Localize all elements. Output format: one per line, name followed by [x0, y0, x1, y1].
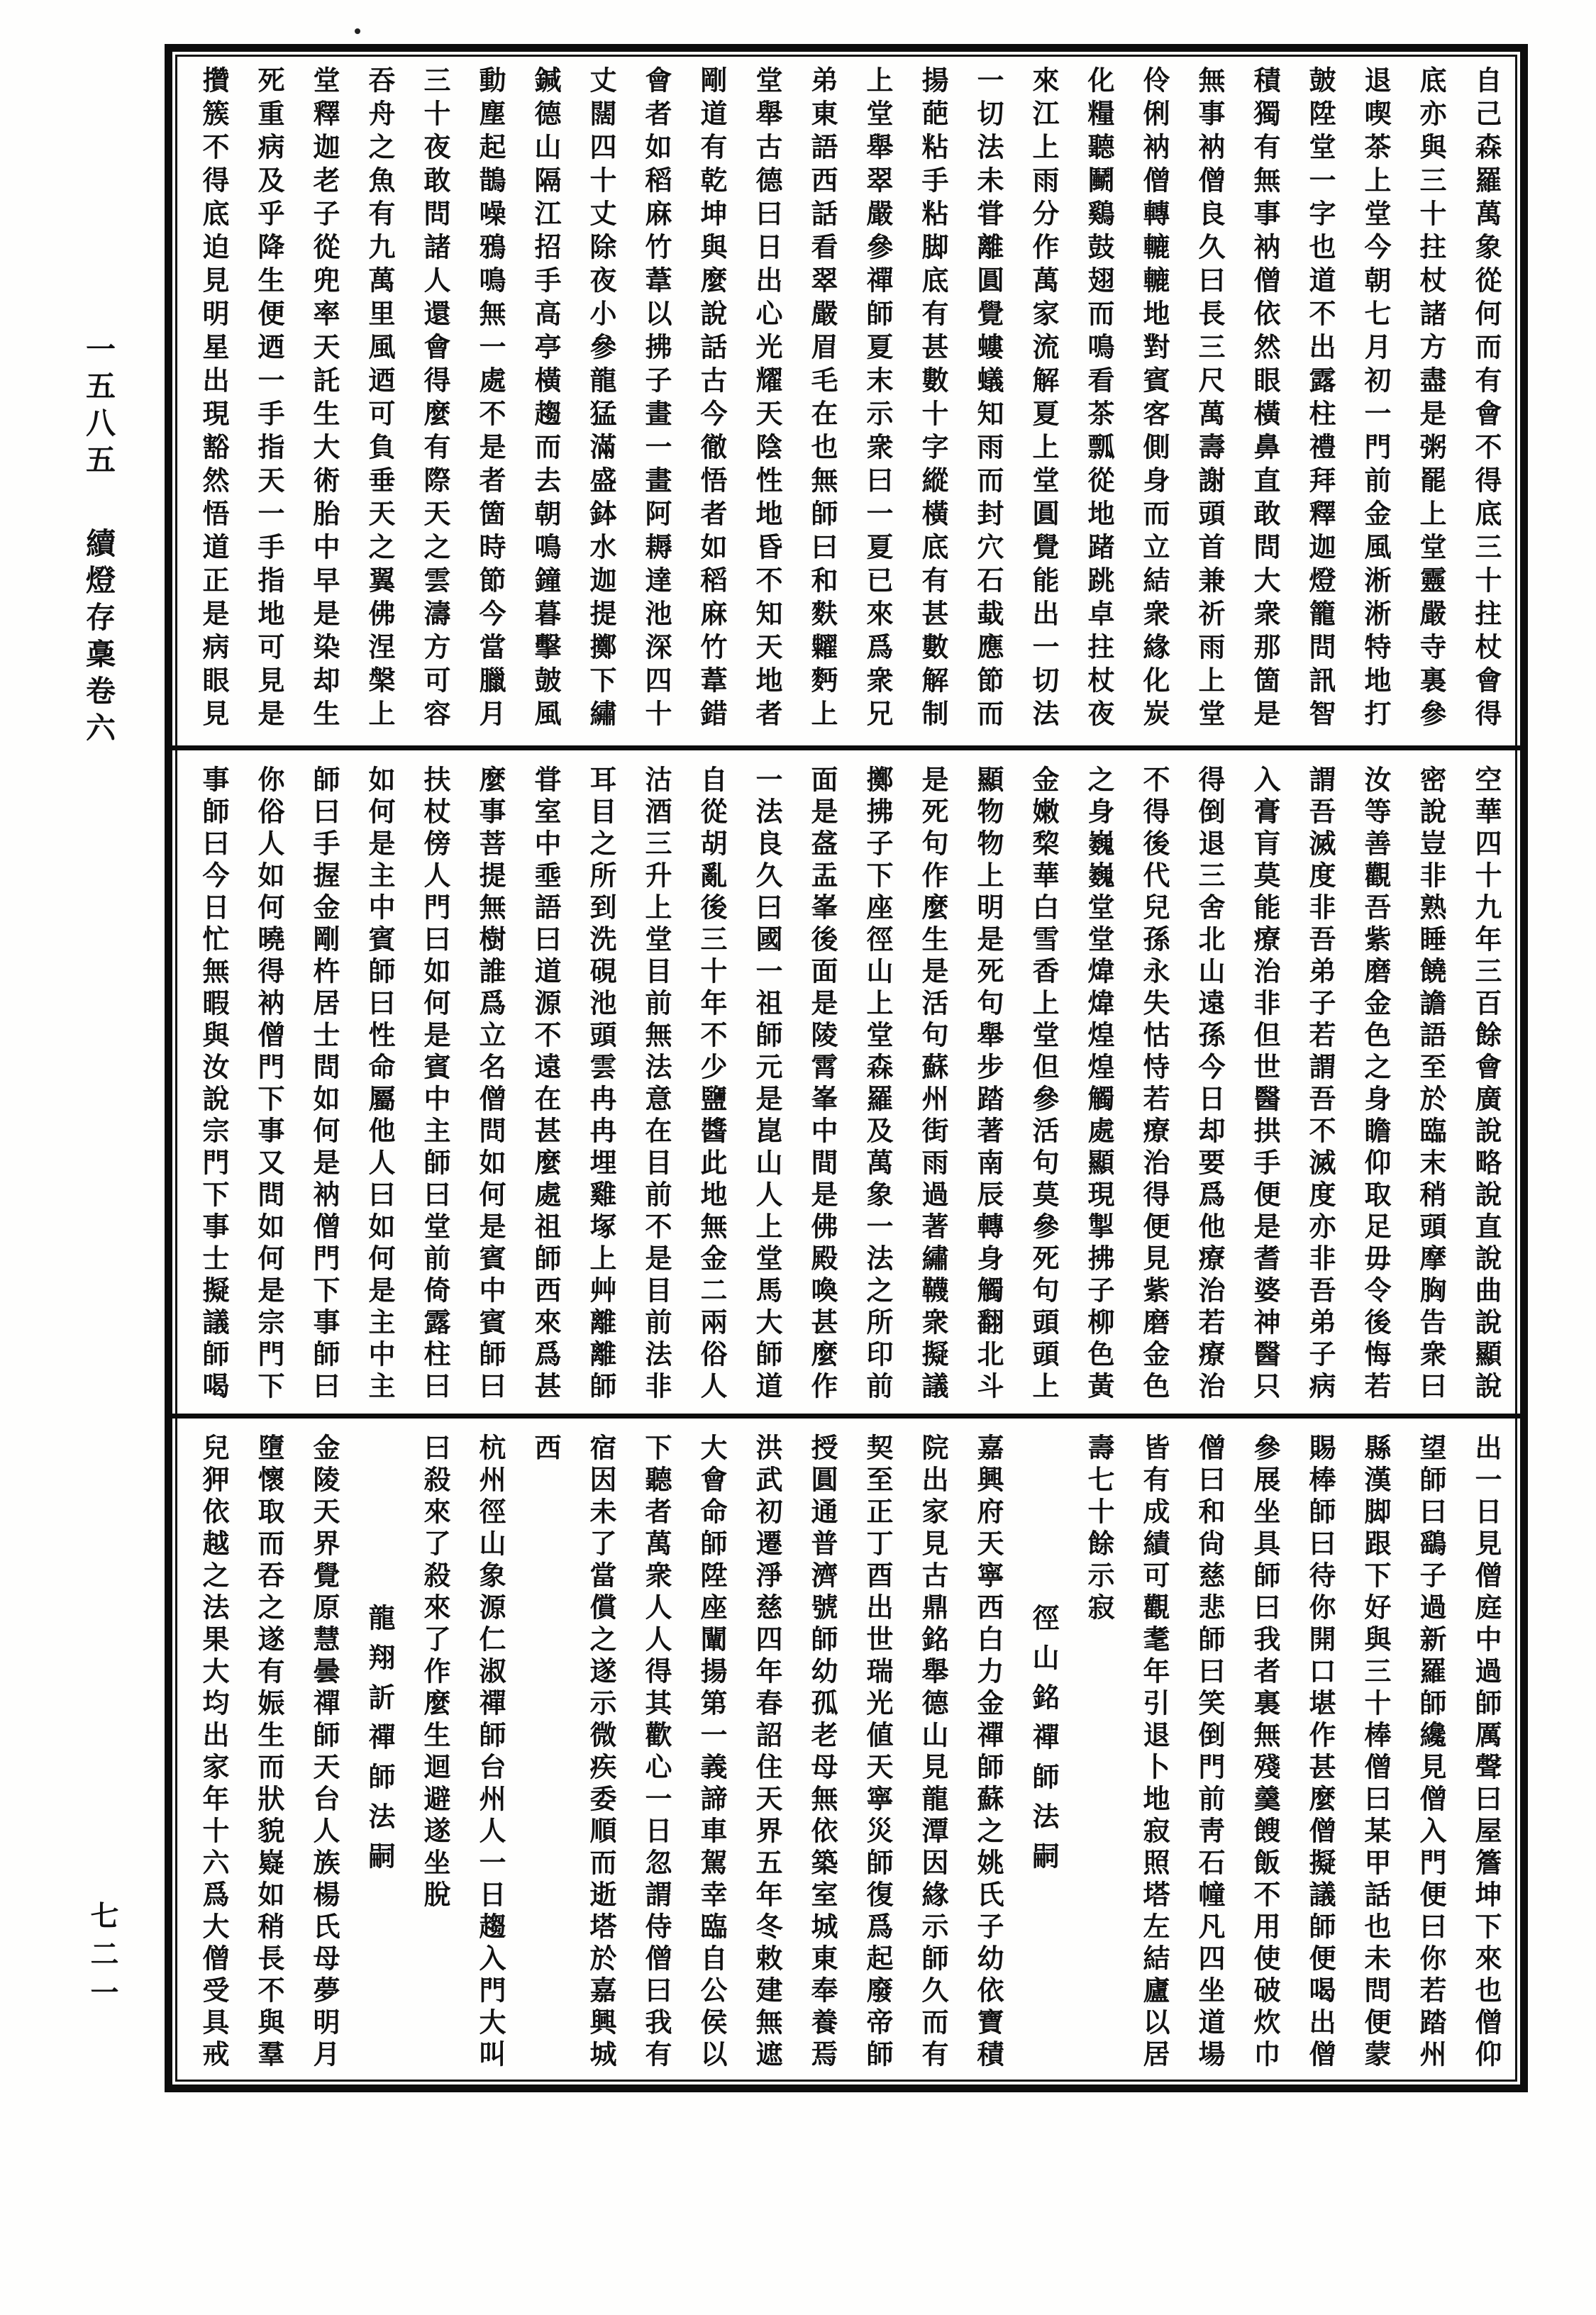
text-column: 堂釋迦老子從兜率天託生大術胎中早是染却生	[296, 66, 351, 738]
text-column: 弟東語西話看翠嚴眉毛在也無師曰和麩糶麪上	[794, 66, 849, 738]
block-middle: 空華四十九年三百餘會廣說略說直說曲說顯說密說豈非熟睡饒譫語至於臨末稍頭摩胸告衆曰…	[172, 751, 1520, 1414]
text-column: 底亦與三十拄杖諸方盡是粥罷上堂靈嚴寺裏參	[1402, 66, 1458, 738]
text-column: 事師曰今日忙無暇與汝說宗門下事士擬議師喝	[185, 765, 240, 1406]
text-column: 丈闊四十丈除夜小參龍猛滿盛鉢水迦提擲下繡	[572, 66, 628, 738]
text-column: 擲拂子下座徑山上堂森羅及萬象一法之所印前	[849, 765, 904, 1406]
block-separator	[172, 745, 1520, 750]
text-column: 契至正丁酉出世瑞光値天寧災師復爲起廢帝師	[849, 1433, 904, 2077]
text-column: 洪武初遷淨慈四年春詔住天界五年冬敕建無遮	[738, 1433, 794, 2077]
text-column: 麼事菩提無樹誰爲立名僧問如何是賓中賓師曰	[462, 765, 517, 1406]
margin-header: 一五八五續燈存稾卷六	[77, 333, 119, 749]
text-column: 沽酒三升上堂目前無法意在目前不是目前法非	[628, 765, 683, 1406]
text-column: 賜棒師曰待你開口堪作甚麼僧擬議師便喝出僧	[1292, 1433, 1347, 2077]
content-frame: 自己森羅萬象從何而有會不得底三十拄杖會得底亦與三十拄杖諸方盡是粥罷上堂靈嚴寺裏參…	[165, 44, 1528, 2092]
text-column: 如何是主中賓師曰性命屬他人曰如何是主中主	[351, 765, 406, 1406]
margin-book-title: 續燈存稾卷六	[82, 481, 114, 749]
text-column: 死重病及乎降生便迺一手指天一手指地可見是	[240, 66, 296, 738]
text-column: 動塵起鵲噪鴉鳴無一處不是者箇時節今當臘月	[462, 66, 517, 738]
text-column: 大會命師陞座闡揚第一義諦車駕幸臨自公侯以	[683, 1433, 738, 2077]
text-column: 自己森羅萬象從何而有會不得底三十拄杖會得	[1458, 66, 1513, 738]
text-column: 墮懷取而吞之遂有娠生而狀貌嶷如稍長不與羣	[240, 1433, 296, 2077]
text-column: 化糧聽鬭鷄鼓翅而鳴看茶瓢從地踷跳卓拄杖夜	[1070, 66, 1126, 738]
text-column: 得倒退三舍北山遠孫今日却要爲他療治若療治	[1181, 765, 1236, 1406]
text-column: 授圓通普濟號師幼孤老母無依築室城東奉養焉	[794, 1433, 849, 2077]
text-column: 之身巍巍堂堂煒煒煌煌觸處顯現掣拂子柳色黃	[1070, 765, 1126, 1406]
text-column: 顯物物上明是死句舉步踏著南辰轉身觸翻北斗	[960, 765, 1015, 1406]
text-column: 是死句作麼生是活句蘇州街雨過著繡韈衆擬議	[904, 765, 960, 1406]
text-column: 皷陞堂一字也道不出露柱禮拜釋迦燈籠問訊智	[1292, 66, 1347, 738]
text-column: 嘉興府天寧西白力金禪師蘇之姚氏子幼依寶積	[960, 1433, 1015, 2077]
text-column: 耳目之所到洗硯池頭雲冉冉埋雞塚上艸離離師	[572, 765, 628, 1406]
text-column: 師曰手握金剛杵居士問如何是衲僧門下事師曰	[296, 765, 351, 1406]
text-column: 皆有成績可觀耄年引退卜地寂照塔左結廬以居	[1126, 1433, 1181, 2077]
text-column: 宿因未了當償之遂示微疾委順而逝塔於嘉興城	[572, 1433, 628, 2077]
text-column: 空華四十九年三百餘會廣說略說直說曲說顯說	[1458, 765, 1513, 1406]
margin-folio-label: 一五八五	[82, 333, 114, 481]
section-heading-column: 徑山銘禪師法嗣	[1015, 1433, 1070, 2077]
text-column: 會者如稻麻竹葦以拂子畫一畫阿耨達池深四十	[628, 66, 683, 738]
text-column: 堂舉古德曰日出心光耀天陰性地昏不知天地者	[738, 66, 794, 738]
text-column: 不得後代兒孫永失怙恃若療治得便見紫磨金色	[1126, 765, 1181, 1406]
text-column: 攢簇不得底迫見明星出現豁然悟道正是病眼見	[185, 66, 240, 738]
text-column: 退喫茶上堂今朝七月初一門前金風淅淅特地打	[1347, 66, 1402, 738]
text-column: 三十夜敢問諸人還會得麼有際天之雲濤方可容	[406, 66, 462, 738]
text-column: 下聽者萬衆人人得其歡心一日忽謂侍僧曰我有	[628, 1433, 683, 2077]
text-column: 鍼德山隔江招手高亭橫趨而去朝鳴鐘暮擊皷風	[517, 66, 572, 738]
margin-page-number: 七二一	[82, 1901, 123, 2016]
text-column: 上堂舉翠嚴參禪師夏末示衆曰一夏已來爲衆兄	[849, 66, 904, 738]
text-column: 金嫩棃華白雪香上堂但參活句莫參死句頭頭上	[1015, 765, 1070, 1406]
section-heading-column: 龍翔訢禪師法嗣	[351, 1433, 406, 2077]
text-column: 出一日見僧庭中過師厲聲曰屋簷坤下來也僧仰	[1458, 1433, 1513, 2077]
text-column: 杭州徑山象源仁淑禪師台州人一日趨入門大叫	[462, 1433, 517, 2077]
text-column: 參展坐具師曰我者裏無殘羹餿飯不用使破炊巾	[1236, 1433, 1292, 2077]
text-column: 密說豈非熟睡饒譫語至於臨末稍頭摩胸告衆曰	[1402, 765, 1458, 1406]
text-column: 無事衲僧良久曰長三尺萬壽謝頭首兼祈雨上堂	[1181, 66, 1236, 738]
text-column: 伶俐衲僧轉轆轆地對賓客側身而立結衆緣化炭	[1126, 66, 1181, 738]
block-top: 自己森羅萬象從何而有會不得底三十拄杖會得底亦與三十拄杖諸方盡是粥罷上堂靈嚴寺裏參…	[172, 52, 1520, 745]
text-column: 揚葩粘手粘脚底有甚數十字縱橫底有甚數解制	[904, 66, 960, 738]
text-column: 你俗人如何曉得衲僧門下事又問如何是宗門下	[240, 765, 296, 1406]
text-column: 來江上雨分作萬家流解夏上堂圓覺能出一切法	[1015, 66, 1070, 738]
text-column: 扶杖傍人門曰如何是賓中主師曰堂前倚露柱曰	[406, 765, 462, 1406]
text-column: 一法良久曰國一祖師元是崑山人上堂馬大師道	[738, 765, 794, 1406]
text-column: 望師曰鷂子過新羅師纔見僧入門便曰你若踏州	[1402, 1433, 1458, 2077]
block-bottom: 出一日見僧庭中過師厲聲曰屋簷坤下來也僧仰望師曰鷂子過新羅師纔見僧入門便曰你若踏州…	[172, 1419, 1520, 2084]
text-column: 一切法未甞離圓覺螻蟻知雨而封穴石蛓應節而	[960, 66, 1015, 738]
text-column: 壽七十餘示寂	[1070, 1433, 1126, 2077]
text-column: 曰殺來了殺來了作麼生迴避遂坐脫	[406, 1433, 462, 2077]
scan-page: 一五八五續燈存稾卷六 七二一 自己森羅萬象從何而有會不得底三十拄杖會得底亦與三十…	[0, 0, 1596, 2315]
text-column: 入膏肓莫能療治非但世醫拱手便是耆婆神醫只	[1236, 765, 1292, 1406]
text-column: 自從胡亂後三十年不少鹽醬此地無金二兩俗人	[683, 765, 738, 1406]
text-column: 剛道有乾坤與麼說話古今徹悟者如稻麻竹葦錯	[683, 66, 738, 738]
block-separator	[172, 1414, 1520, 1419]
text-column: 甞室中埀語曰道源不遠在甚麼處祖師西來爲甚	[517, 765, 572, 1406]
text-column: 兒狎依越之法果大均出家年十六爲大僧受具戒	[185, 1433, 240, 2077]
text-column: 院出家見古鼎銘舉德山見龍潭因緣示師久而有	[904, 1433, 960, 2077]
text-column: 僧曰和尙慈悲師曰笑倒門前靑石幢凡四坐道場	[1181, 1433, 1236, 2077]
text-column: 汝等善觀吾紫磨金色之身瞻仰取足毋令後悔若	[1347, 765, 1402, 1406]
text-column: 吞舟之魚有九萬里風迺可負垂天之翼佛涅槃上	[351, 66, 406, 738]
text-column: 積獨有無事衲僧依然眼橫鼻直敢問大衆那箇是	[1236, 66, 1292, 738]
text-column: 謂吾滅度非吾弟子若謂吾不滅度亦非吾弟子病	[1292, 765, 1347, 1406]
text-column: 西	[517, 1433, 572, 2077]
scan-speck	[355, 28, 360, 34]
text-column: 金陵天界覺原慧曇禪師天台人族楊氏母夢明月	[296, 1433, 351, 2077]
text-column: 縣漢脚跟下好與三十棒僧曰某甲話也未問便蒙	[1347, 1433, 1402, 2077]
text-column: 面是盋盂峯後面是陵霄峯中間是佛殿喚甚麼作	[794, 765, 849, 1406]
